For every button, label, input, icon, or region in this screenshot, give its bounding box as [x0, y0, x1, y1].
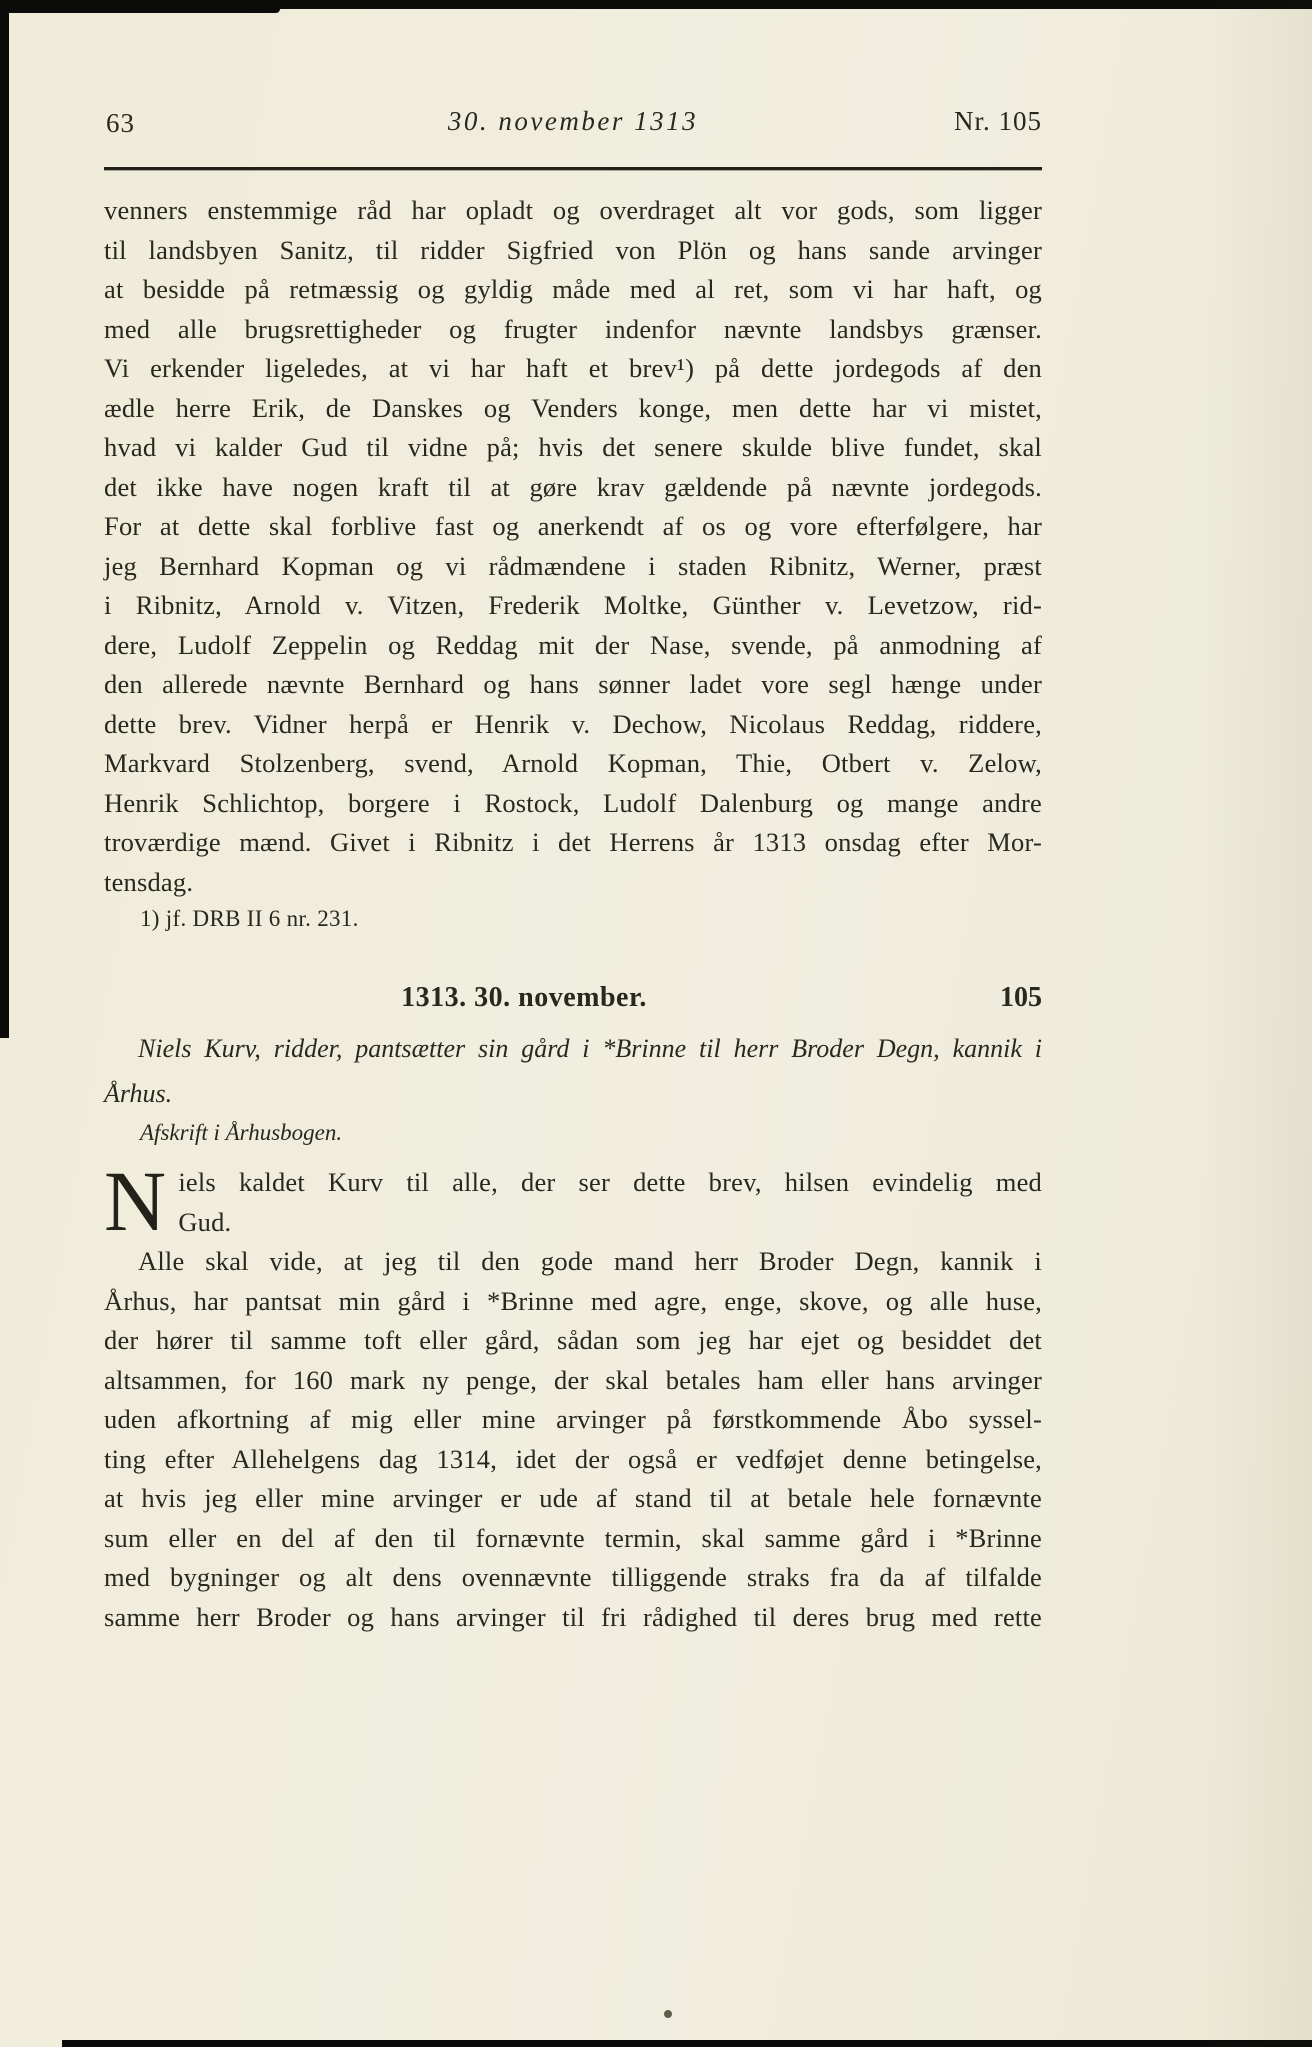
previous-entry-text: venners enstemmige råd har opladt og ove…	[104, 191, 1042, 902]
running-title: 30. november 1313	[104, 106, 1042, 137]
text-line: hvad vi kalder Gud til vidne på; hvis de…	[104, 428, 1042, 468]
text-line: den allerede nævnte Bernhard og hans søn…	[104, 665, 1042, 705]
text-line: Henrik Schlichtop, borgere i Rostock, Lu…	[104, 784, 1042, 824]
text-line: dette brev. Vidner herpå er Henrik v. De…	[104, 705, 1042, 745]
text-line: samme herr Broder og hans arvinger til f…	[104, 1598, 1042, 1638]
text-line: tensdag.	[104, 863, 1042, 903]
scan-edge-bottom	[62, 2040, 1312, 2047]
document-number-label: Nr. 105	[954, 106, 1042, 137]
text-line: med bygninger og alt dens ovennævnte til…	[104, 1558, 1042, 1598]
text-line: ædle herre Erik, de Danskes og Venders k…	[104, 389, 1042, 429]
text-line: troværdige mænd. Givet i Ribnitz i det H…	[104, 823, 1042, 863]
text-line: til landsbyen Sanitz, til ridder Sigfrie…	[104, 231, 1042, 271]
text-line: at besidde på retmæssig og gyldig måde m…	[104, 270, 1042, 310]
text-line: med alle brugsrettigheder og frugter ind…	[104, 310, 1042, 350]
text-line: det ikke have nogen kraft til at gøre kr…	[104, 468, 1042, 508]
text-line: Niels Kurv, ridder, pantsætter sin gård …	[104, 1026, 1042, 1071]
footnote: 1) jf. DRB II 6 nr. 231.	[140, 906, 359, 932]
scan-edge-top-left	[0, 0, 280, 13]
text-line: Gud.	[104, 1203, 1042, 1243]
entry-heading-date: 1313. 30. november.	[104, 982, 944, 1014]
entry-opening-paragraph: N iels kaldet Kurv til alle, der ser det…	[104, 1163, 1042, 1242]
entry-heading-number: 105	[1000, 982, 1042, 1014]
text-line: Århus, har pantsat min gård i *Brinne me…	[104, 1282, 1042, 1322]
text-line: Vi erkender ligeledes, at vi har haft et…	[104, 349, 1042, 389]
text-line: sum eller en del af den til fornævnte te…	[104, 1519, 1042, 1559]
text-line: For at dette skal forblive fast og anerk…	[104, 507, 1042, 547]
text-line: Alle skal vide, at jeg til den gode mand…	[104, 1242, 1042, 1282]
text-line: i Ribnitz, Arnold v. Vitzen, Frederik Mo…	[104, 586, 1042, 626]
scanned-book-page: 63 30. november 1313 Nr. 105 venners ens…	[0, 0, 1312, 2047]
header-rule	[104, 167, 1042, 170]
text-line: iels kaldet Kurv til alle, der ser dette…	[104, 1163, 1042, 1203]
text-line: ting efter Allehelgens dag 1314, idet de…	[104, 1440, 1042, 1480]
page-header: 63 30. november 1313 Nr. 105	[104, 106, 1042, 150]
entry-body-paragraph: Alle skal vide, at jeg til den gode mand…	[104, 1242, 1042, 1637]
scan-edge-left	[0, 0, 9, 1038]
text-line: altsammen, for 160 mark ny penge, der sk…	[104, 1361, 1042, 1401]
drop-cap-initial: N	[104, 1163, 178, 1236]
page-crease	[1202, 0, 1312, 2047]
text-line: uden afkortning af mig eller mine arving…	[104, 1400, 1042, 1440]
text-line: dere, Ludolf Zeppelin og Reddag mit der …	[104, 626, 1042, 666]
entry-summary: Niels Kurv, ridder, pantsætter sin gård …	[104, 1026, 1042, 1116]
ink-spot-artifact	[664, 2010, 672, 2018]
text-line: venners enstemmige råd har opladt og ove…	[104, 191, 1042, 231]
text-line: der hører til samme toft eller gård, såd…	[104, 1321, 1042, 1361]
text-line: at hvis jeg eller mine arvinger er ude a…	[104, 1479, 1042, 1519]
source-note: Afskrift i Århusbogen.	[140, 1120, 342, 1146]
text-line: jeg Bernhard Kopman og vi rådmændene i s…	[104, 547, 1042, 587]
entry-heading: 1313. 30. november. 105	[104, 982, 1042, 1022]
text-line: Århus.	[104, 1071, 1042, 1116]
text-line: Markvard Stolzenberg, svend, Arnold Kopm…	[104, 744, 1042, 784]
